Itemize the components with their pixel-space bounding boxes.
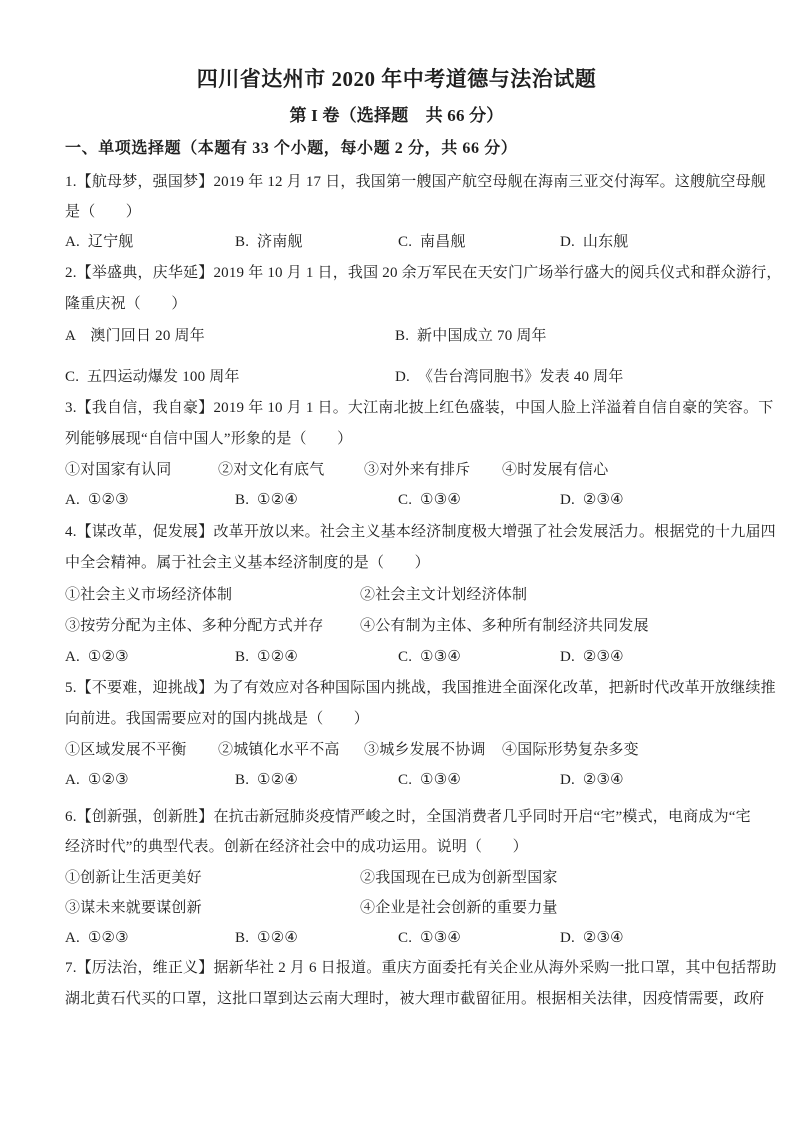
q6-options-row: A. ①②③ B. ①②④ C. ①③④ D. ②③④ [65,923,775,953]
q5-statements-row: ①区域发展不平衡 ②城镇化水平不高 ③城乡发展不协调 ④国际形势复杂多变 [65,735,775,765]
q5-statement-1: ①区域发展不平衡 [65,735,218,765]
q4-statement-3: ③按劳分配为主体、多种分配方式并存 [65,611,360,641]
q3-option-c: C. ①③④ [398,485,560,515]
q4-statement-1: ①社会主义市场经济体制 [65,580,360,610]
q6-stem-line-2: 经济时代”的典型代表。创新在经济社会中的成功运用。说明（ ） [65,832,528,862]
q5-stem-line-2: 向前进。我国需要应对的国内挑战是（ ） [65,704,369,734]
q3-stem-line-2: 列能够展现“自信中国人”形象的是（ ） [65,424,352,454]
q5-option-c: C. ①③④ [398,765,560,795]
q1-stem-line-1: 1.【航母梦，强国梦】2019 年 12 月 17 日，我国第一艘国产航空母舰在… [65,167,766,197]
q3-option-b: B. ①②④ [235,485,398,515]
q5-statement-2: ②城镇化水平不高 [218,735,364,765]
q2-option-c: C. 五四运动爆发 100 周年 [65,362,395,392]
q3-statements-row: ①对国家有认同 ②对文化有底气 ③对外来有排斥 ④时发展有信心 [65,455,775,485]
q3-stem-line-1: 3.【我自信，我自豪】2019 年 10 月 1 日。大江南北披上红色盛装，中国… [65,393,774,423]
q2-options-row-cd: C. 五四运动爆发 100 周年 D. 《告台湾同胞书》发表 40 周年 [65,362,775,392]
q5-options-row: A. ①②③ B. ①②④ C. ①③④ D. ②③④ [65,765,775,795]
q6-option-c: C. ①③④ [398,923,560,953]
q1-options-row: A. 辽宁舰 B. 济南舰 C. 南昌舰 D. 山东舰 [65,227,775,257]
q4-options-row: A. ①②③ B. ①②④ C. ①③④ D. ②③④ [65,642,775,672]
q2-options-row-ab: A 澳门回日 20 周年 B. 新中国成立 70 周年 [65,321,775,351]
q7-stem-line-1: 7.【厉法治，维正义】据新华社 2 月 6 日报道。重庆方面委托有关企业从海外采… [65,953,777,983]
q6-option-d: D. ②③④ [560,923,624,953]
q1-option-c: C. 南昌舰 [398,227,560,257]
q7-stem-line-2: 湖北黄石代买的口罩，这批口罩到达云南大理时，被大理市截留征用。根据相关法律，因疫… [65,984,764,1014]
q4-stem-line-2: 中全会精神。属于社会主义基本经济制度的是（ ） [65,548,430,578]
q4-statements-row-1: ①社会主义市场经济体制 ②社会主文计划经济体制 [65,580,775,610]
q6-statement-3: ③谋未来就要谋创新 [65,893,360,923]
exam-document-page: 四川省达州市 2020 年中考道德与法治试题 第 I 卷（选择题 共 66 分）… [0,0,793,1122]
q2-option-d: D. 《告台湾同胞书》发表 40 周年 [395,362,624,392]
q3-statement-4: ④时发展有信心 [502,455,608,485]
q4-statement-2: ②社会主文计划经济体制 [360,580,527,610]
q6-statement-2: ②我国现在已成为创新型国家 [360,863,558,893]
q6-statement-1: ①创新让生活更美好 [65,863,360,893]
section-heading: 一、单项选择题（本题有 33 个小题，每小题 2 分，共 66 分） [65,134,517,164]
q6-option-a: A. ①②③ [65,923,235,953]
q5-option-b: B. ①②④ [235,765,398,795]
q4-option-a: A. ①②③ [65,642,235,672]
q2-stem-line-2: 隆重庆祝（ ） [65,289,187,319]
q1-option-a: A. 辽宁舰 [65,227,235,257]
q2-option-a: A 澳门回日 20 周年 [65,321,395,351]
document-title: 四川省达州市 2020 年中考道德与法治试题 [0,64,793,94]
q3-option-a: A. ①②③ [65,485,235,515]
q6-statements-row-1: ①创新让生活更美好 ②我国现在已成为创新型国家 [65,863,775,893]
q6-stem-line-1: 6.【创新强，创新胜】在抗击新冠肺炎疫情严峻之时，全国消费者几乎同时开启“宅”模… [65,802,751,832]
q4-stem-line-1: 4.【谋改革，促发展】改革开放以来。社会主义基本经济制度极大增强了社会发展活力。… [65,517,776,547]
q4-option-d: D. ②③④ [560,642,624,672]
q3-options-row: A. ①②③ B. ①②④ C. ①③④ D. ②③④ [65,485,775,515]
q1-option-d: D. 山东舰 [560,227,628,257]
q5-statement-3: ③城乡发展不协调 [364,735,502,765]
q4-option-c: C. ①③④ [398,642,560,672]
q3-option-d: D. ②③④ [560,485,624,515]
scan-stray-mark: ’ [68,336,72,347]
q2-option-b: B. 新中国成立 70 周年 [395,321,547,351]
q4-statement-4: ④公有制为主体、多种所有制经济共同发展 [360,611,649,641]
q5-statement-4: ④国际形势复杂多变 [502,735,639,765]
q6-statements-row-2: ③谋未来就要谋创新 ④企业是社会创新的重要力量 [65,893,775,923]
q5-option-a: A. ①②③ [65,765,235,795]
q3-statement-3: ③对外来有排斥 [364,455,502,485]
q1-option-b: B. 济南舰 [235,227,398,257]
q6-statement-4: ④企业是社会创新的重要力量 [360,893,558,923]
q3-statement-2: ②对文化有底气 [218,455,364,485]
q5-stem-line-1: 5.【不要难，迎挑战】为了有效应对各种国际国内挑战，我国推进全面深化改革，把新时… [65,673,776,703]
q6-option-b: B. ①②④ [235,923,398,953]
q5-option-d: D. ②③④ [560,765,624,795]
q3-statement-1: ①对国家有认同 [65,455,218,485]
q4-statements-row-2: ③按劳分配为主体、多种分配方式并存 ④公有制为主体、多种所有制经济共同发展 [65,611,775,641]
q1-stem-line-2: 是（ ） [65,197,141,227]
q2-stem-line-1: 2.【举盛典，庆华延】2019 年 10 月 1 日，我国 20 余万军民在天安… [65,258,782,288]
q4-option-b: B. ①②④ [235,642,398,672]
volume-subtitle: 第 I 卷（选择题 共 66 分） [0,101,793,131]
